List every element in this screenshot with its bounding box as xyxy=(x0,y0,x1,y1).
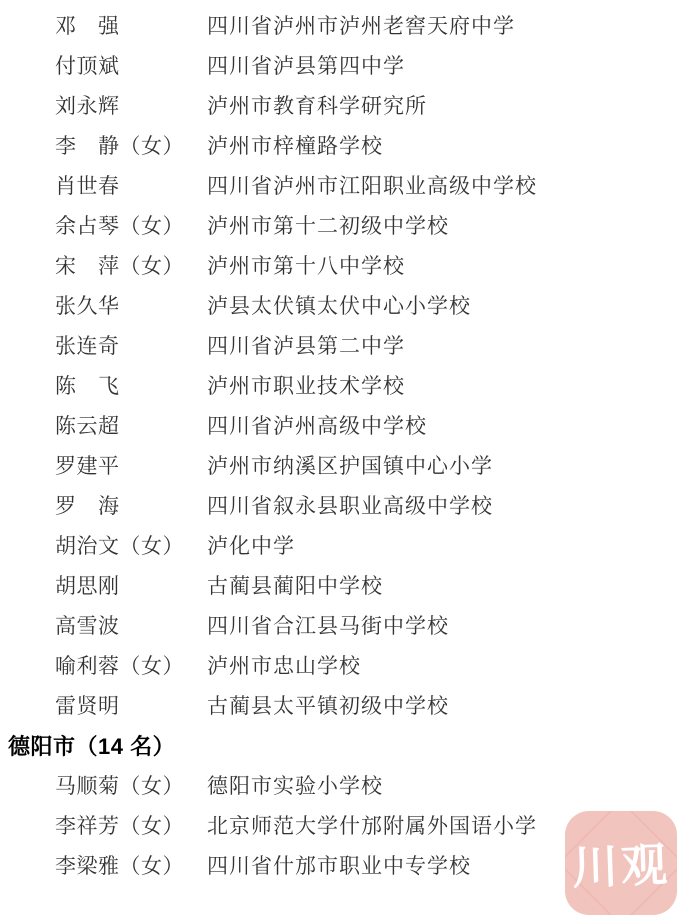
person-name: 陈云超 xyxy=(55,410,207,440)
school-name: 四川省泸县第四中学 xyxy=(207,50,679,80)
award-roster-document: 邓 强 四川省泸州市泸州老窖天府中学 付顶斌 四川省泸县第四中学 刘永辉 泸州市… xyxy=(0,0,679,920)
person-name: 刘永辉 xyxy=(55,90,207,120)
list-item: 张久华 泸县太伏镇太伏中心小学校 xyxy=(55,285,679,325)
list-item: 雷贤明 古蔺县太平镇初级中学校 xyxy=(55,685,679,725)
deyang-city-heading: 德阳市（14 名） xyxy=(0,725,679,765)
person-name: 马顺菊（女） xyxy=(55,770,207,800)
person-name: 高雪波 xyxy=(55,610,207,640)
list-item: 喻利蓉（女） 泸州市忠山学校 xyxy=(55,645,679,685)
school-name: 泸州市梓橦路学校 xyxy=(207,130,679,160)
school-name: 德阳市实验小学校 xyxy=(207,770,679,800)
list-item: 罗建平 泸州市纳溪区护国镇中心小学 xyxy=(55,445,679,485)
person-name: 邓 强 xyxy=(55,10,207,40)
school-name: 四川省合江县马街中学校 xyxy=(207,610,679,640)
list-item: 张连奇 四川省泸县第二中学 xyxy=(55,325,679,365)
person-name: 李祥芳（女） xyxy=(55,810,207,840)
person-name: 付顶斌 xyxy=(55,50,207,80)
person-name: 余占琴（女） xyxy=(55,210,207,240)
school-name: 泸州市第十八中学校 xyxy=(207,250,679,280)
person-name: 雷贤明 xyxy=(55,690,207,720)
watermark-logo-text: 川观 xyxy=(571,828,671,897)
chuanguan-news-watermark: 川观 xyxy=(565,811,677,915)
person-name: 肖世春 xyxy=(55,170,207,200)
list-item: 付顶斌 四川省泸县第四中学 xyxy=(55,45,679,85)
person-name: 张连奇 xyxy=(55,330,207,360)
person-name: 宋 萍（女） xyxy=(55,250,207,280)
list-item: 罗 海 四川省叙永县职业高级中学校 xyxy=(55,485,679,525)
list-item: 余占琴（女） 泸州市第十二初级中学校 xyxy=(55,205,679,245)
list-item: 马顺菊（女） 德阳市实验小学校 xyxy=(55,765,679,805)
school-name: 泸州市第十二初级中学校 xyxy=(207,210,679,240)
school-name: 四川省泸州高级中学校 xyxy=(207,410,679,440)
school-name: 四川省泸县第二中学 xyxy=(207,330,679,360)
school-name: 泸州市忠山学校 xyxy=(207,650,679,680)
school-name: 泸县太伏镇太伏中心小学校 xyxy=(207,290,679,320)
list-item: 陈云超 四川省泸州高级中学校 xyxy=(55,405,679,445)
person-name: 李梁雅（女） xyxy=(55,850,207,880)
luzhou-section: 邓 强 四川省泸州市泸州老窖天府中学 付顶斌 四川省泸县第四中学 刘永辉 泸州市… xyxy=(0,5,679,725)
school-name: 泸州市职业技术学校 xyxy=(207,370,679,400)
school-name: 古蔺县太平镇初级中学校 xyxy=(207,690,679,720)
list-item: 李 静（女） 泸州市梓橦路学校 xyxy=(55,125,679,165)
school-name: 四川省泸州市江阳职业高级中学校 xyxy=(207,170,679,200)
person-name: 张久华 xyxy=(55,290,207,320)
list-item: 胡思刚 古蔺县蔺阳中学校 xyxy=(55,565,679,605)
list-item: 宋 萍（女） 泸州市第十八中学校 xyxy=(55,245,679,285)
school-name: 泸州市教育科学研究所 xyxy=(207,90,679,120)
list-item: 刘永辉 泸州市教育科学研究所 xyxy=(55,85,679,125)
school-name: 泸化中学 xyxy=(207,530,679,560)
school-name: 泸州市纳溪区护国镇中心小学 xyxy=(207,450,679,480)
list-item: 胡治文（女） 泸化中学 xyxy=(55,525,679,565)
list-item: 陈 飞 泸州市职业技术学校 xyxy=(55,365,679,405)
school-name: 古蔺县蔺阳中学校 xyxy=(207,570,679,600)
list-item: 肖世春 四川省泸州市江阳职业高级中学校 xyxy=(55,165,679,205)
person-name: 胡思刚 xyxy=(55,570,207,600)
roster-list: 邓 强 四川省泸州市泸州老窖天府中学 付顶斌 四川省泸县第四中学 刘永辉 泸州市… xyxy=(0,0,679,885)
person-name: 胡治文（女） xyxy=(55,530,207,560)
person-name: 陈 飞 xyxy=(55,370,207,400)
school-name: 四川省叙永县职业高级中学校 xyxy=(207,490,679,520)
person-name: 喻利蓉（女） xyxy=(55,650,207,680)
person-name: 罗 海 xyxy=(55,490,207,520)
person-name: 李 静（女） xyxy=(55,130,207,160)
list-item: 高雪波 四川省合江县马街中学校 xyxy=(55,605,679,645)
list-item: 邓 强 四川省泸州市泸州老窖天府中学 xyxy=(55,5,679,45)
person-name: 罗建平 xyxy=(55,450,207,480)
school-name: 四川省泸州市泸州老窖天府中学 xyxy=(207,10,679,40)
